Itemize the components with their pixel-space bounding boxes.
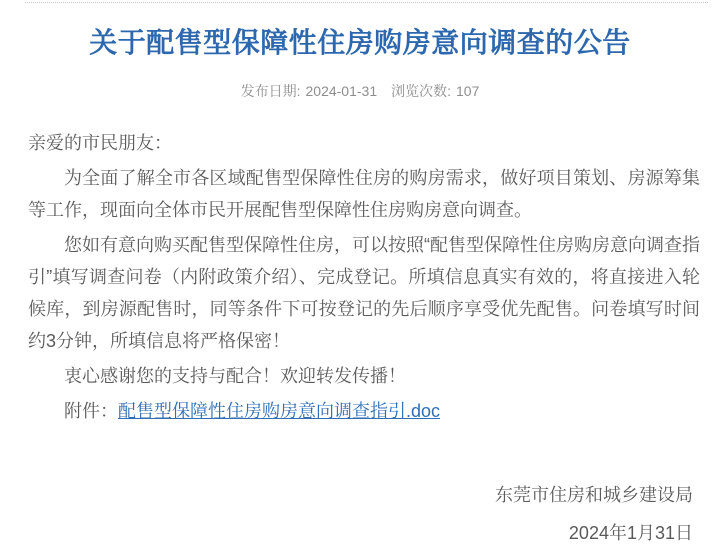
publish-date-label: 发布日期: (241, 83, 301, 99)
signature-agency: 东莞市住房和城乡建设局 (28, 479, 693, 511)
salutation: 亲爱的市民朋友： (28, 127, 700, 159)
publish-date-value: 2024-01-31 (306, 83, 378, 99)
paragraph-purpose: 为全面了解全市各区域配售型保障性住房的购房需求，做好项目策划、房源筹集等工作，现… (28, 162, 700, 226)
attachment-label: 附件： (64, 401, 118, 421)
announcement-body: 亲爱的市民朋友： 为全面了解全市各区域配售型保障性住房的购房需求，做好项目策划、… (0, 127, 720, 549)
paragraph-thanks: 衷心感谢您的支持与配合！欢迎转发传播！ (28, 360, 700, 392)
attachment-line: 附件：配售型保障性住房购房意向调查指引.doc (28, 395, 700, 427)
signature-date: 2024年1月31日 (28, 517, 693, 549)
views-value: 107 (456, 83, 479, 99)
paragraph-instructions: 您如有意向购买配售型保障性住房，可以按照“配售型保障性住房购房意向调查指引”填写… (28, 229, 700, 357)
meta-line: 发布日期:2024-01-31浏览次数:107 (0, 82, 720, 100)
page-title: 关于配售型保障性住房购房意向调查的公告 (20, 26, 700, 60)
attachment-link[interactable]: 配售型保障性住房购房意向调查指引.doc (118, 401, 440, 421)
views-label: 浏览次数: (391, 83, 451, 99)
signature-block: 东莞市住房和城乡建设局 2024年1月31日 (28, 479, 700, 549)
announcement-page: 关于配售型保障性住房购房意向调查的公告 发布日期:2024-01-31浏览次数:… (0, 0, 720, 550)
top-divider (25, 2, 708, 3)
